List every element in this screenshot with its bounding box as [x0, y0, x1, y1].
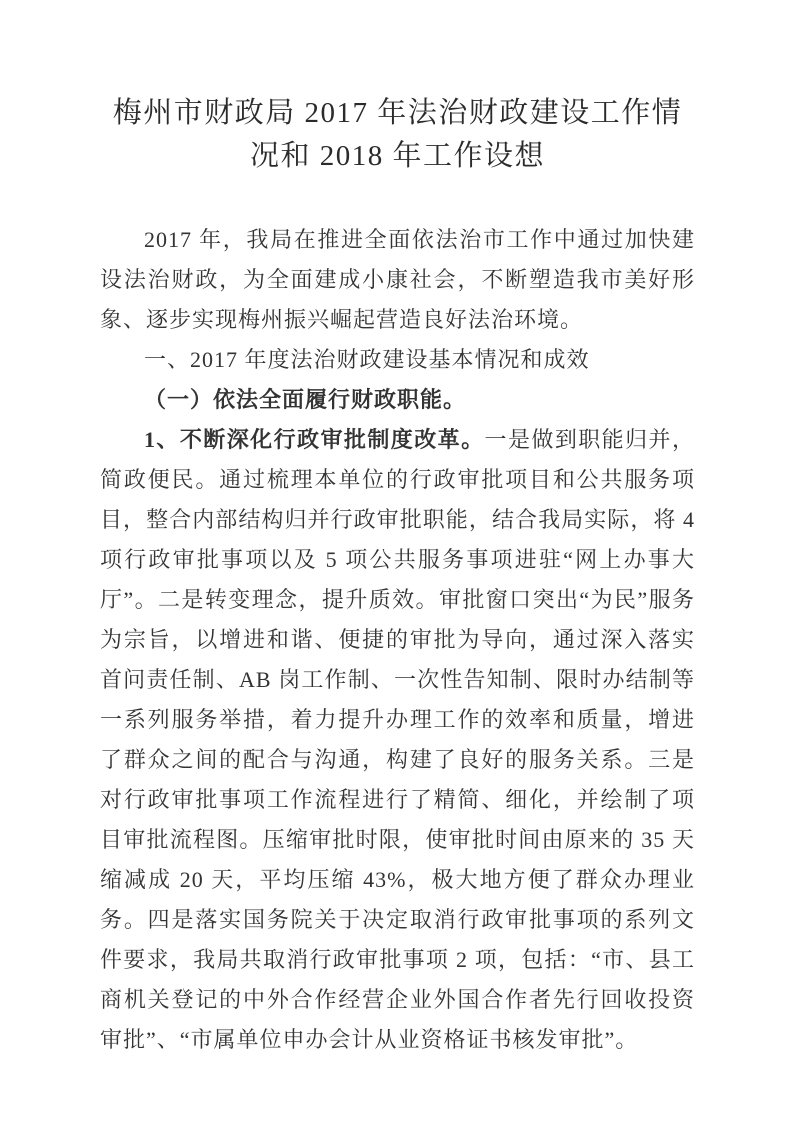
item-1-paragraph: 1、不断深化行政审批制度改革。一是做到职能归并，简政便民。通过梳理本单位的行政审… [100, 420, 695, 1060]
text-run: 一是做到职能归并，简政便民。通过梳理本单位的行政审批项目和公共服务项目，整合内部… [100, 427, 695, 1052]
text-run: 一、2017 年度法治财政建设基本情况和成效 [144, 347, 590, 372]
document-title: 梅州市财政局 2017 年法治财政建设工作情况和 2018 年工作设想 [100, 92, 695, 178]
text-run: 2017 年，我局在推进全面依法治市工作中通过加快建设法治财政，为全面建成小康社… [100, 227, 695, 332]
page-content: 梅州市财政局 2017 年法治财政建设工作情况和 2018 年工作设想 2017… [0, 0, 793, 1060]
section-heading-1: 一、2017 年度法治财政建设基本情况和成效 [100, 340, 695, 380]
bold-text-run: （一）依法全面履行财政职能。 [144, 387, 466, 412]
bold-text-run: 1、不断深化行政审批制度改革。 [144, 427, 485, 452]
subsection-heading-1: （一）依法全面履行财政职能。 [100, 380, 695, 420]
document-page: 梅州市财政局 2017 年法治财政建设工作情况和 2018 年工作设想 2017… [0, 0, 793, 1122]
intro-paragraph: 2017 年，我局在推进全面依法治市工作中通过加快建设法治财政，为全面建成小康社… [100, 220, 695, 340]
document-body: 2017 年，我局在推进全面依法治市工作中通过加快建设法治财政，为全面建成小康社… [100, 220, 695, 1060]
